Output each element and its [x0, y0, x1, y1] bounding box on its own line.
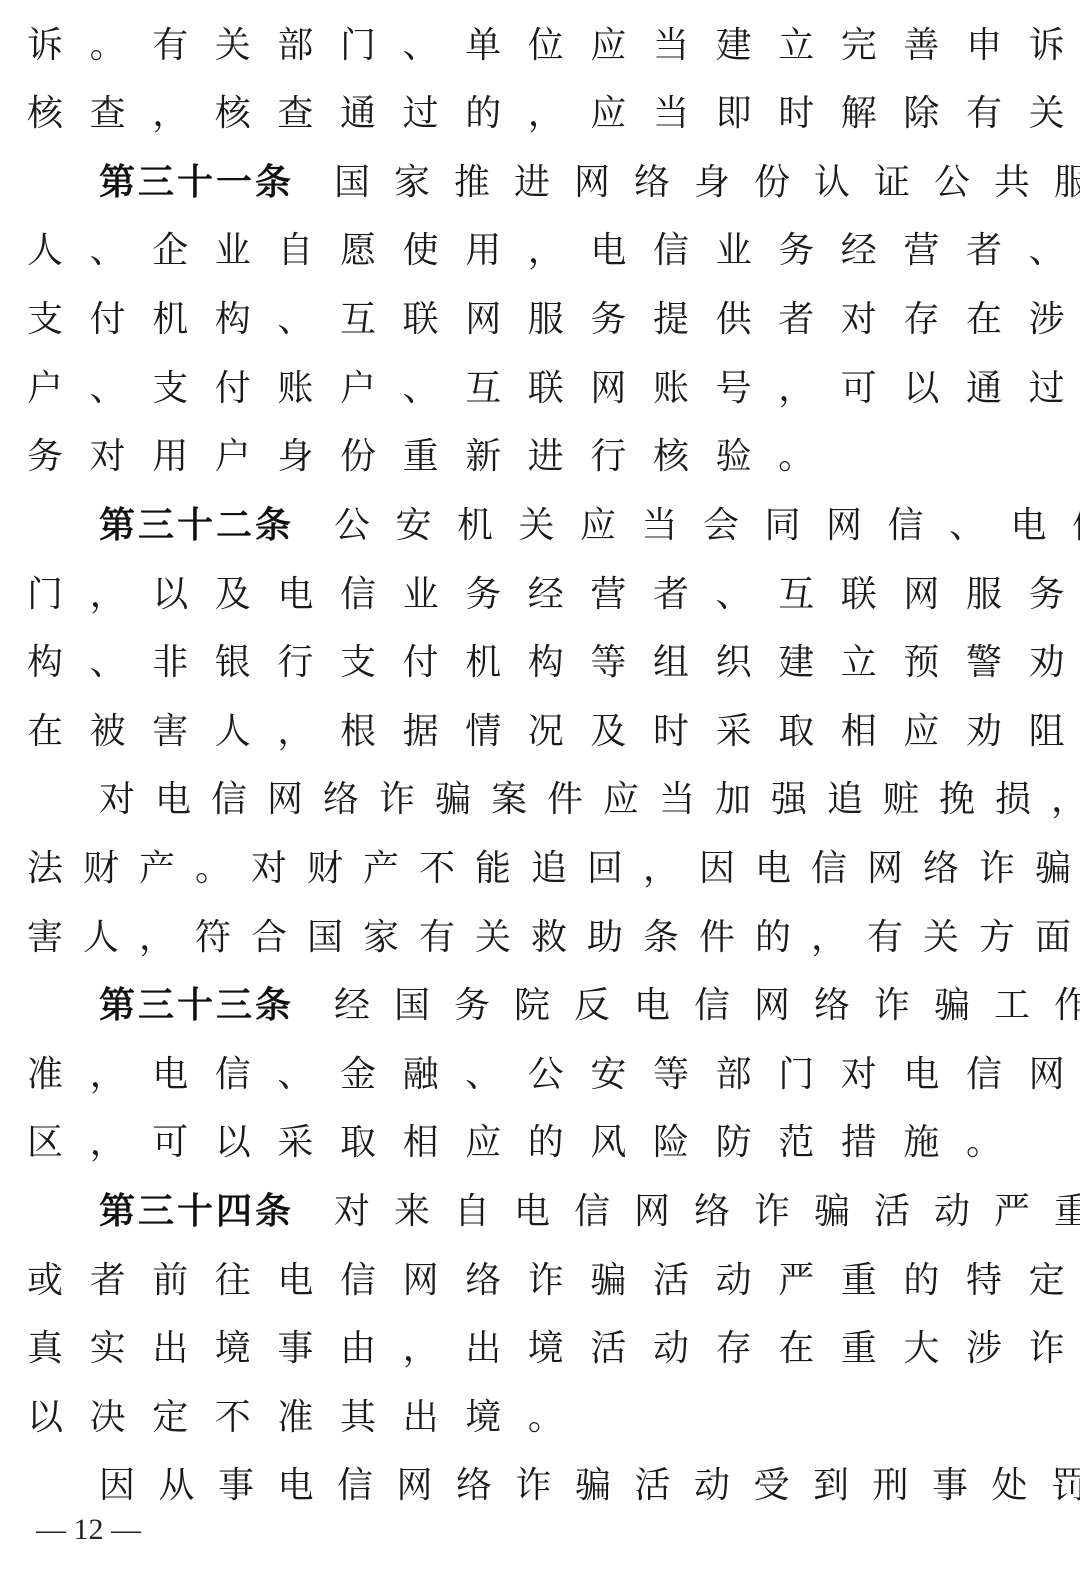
text-line: 在被害人，根据情况及时采取相应劝阻措施。 — [27, 697, 1037, 767]
text-line: 户、支付账户、互联网账号，可以通过国家网络身份认证公共服 — [27, 354, 1037, 424]
page-number: — 12 — — [36, 1508, 141, 1552]
text-line: 以决定不准其出境。 — [27, 1383, 1037, 1453]
text-line: 准，电信、金融、公安等部门对电信网络诈骗活动严重的特定地 — [27, 1040, 1037, 1110]
text-line: 或者前往电信网络诈骗活动严重的特定地区人员，不具有合法、 — [27, 1246, 1037, 1316]
article-text: 公安机关应当会同网信、电信和金融管理部 — [334, 505, 1080, 546]
article-heading: 第三十三条 — [99, 985, 294, 1026]
text-line: 诉。有关部门、单位应当建立完善申诉渠道，对提出的申诉及时 — [27, 11, 1037, 81]
paragraph-first-line: 对电信网络诈骗案件应当加强追赃挽损，及时返还被害人的合 — [99, 765, 1080, 835]
article-heading: 第三十一条 — [99, 162, 294, 203]
text-line: 门，以及电信业务经营者、互联网服务提供者、银行业金融机 — [27, 560, 1037, 630]
text-line: 支付机构、互联网服务提供者对存在涉诈异常的电话卡、银行账 — [27, 285, 1037, 355]
text-line: 区，可以采取相应的风险防范措施。 — [27, 1108, 1037, 1178]
text-line: 害人，符合国家有关救助条件的，有关方面依照规定给予救助。 — [27, 903, 1037, 973]
article-text: 对来自电信网络诈骗活动严重的特定地区人员 — [334, 1191, 1080, 1232]
text-line: 构、非银行支付机构等组织建立预警劝阻系统，对预警发现的潜 — [27, 628, 1037, 698]
article-text: 国家推进网络身份认证公共服务建设，支持个 — [334, 162, 1080, 203]
article-31-first-line: 第三十一条国家推进网络身份认证公共服务建设，支持个 — [99, 148, 1080, 218]
article-32-first-line: 第三十二条公安机关应当会同网信、电信和金融管理部 — [99, 491, 1080, 561]
article-text: 经国务院反电信网络诈骗工作机制决定或者批 — [334, 985, 1080, 1026]
article-33-first-line: 第三十三条经国务院反电信网络诈骗工作机制决定或者批 — [99, 971, 1080, 1041]
paragraph-first-line: 因从事电信网络诈骗活动受到刑事处罚的人员，移民管理机 — [99, 1451, 1080, 1521]
article-heading: 第三十四条 — [99, 1191, 294, 1232]
article-heading: 第三十二条 — [99, 505, 294, 546]
article-34-first-line: 第三十四条对来自电信网络诈骗活动严重的特定地区人员 — [99, 1177, 1080, 1247]
text-line: 人、企业自愿使用，电信业务经营者、银行业金融机构、非银行 — [27, 216, 1037, 286]
text-line: 法财产。对财产不能追回，因电信网络诈骗遭受重大生活困难的被 — [27, 834, 1037, 904]
text-line: 务对用户身份重新进行核验。 — [27, 422, 1037, 492]
text-line: 真实出境事由，出境活动存在重大涉诈嫌疑的，移民管理机构可 — [27, 1314, 1037, 1384]
text-line: 核查，核查通过的，应当即时解除有关措施。 — [27, 79, 1037, 149]
